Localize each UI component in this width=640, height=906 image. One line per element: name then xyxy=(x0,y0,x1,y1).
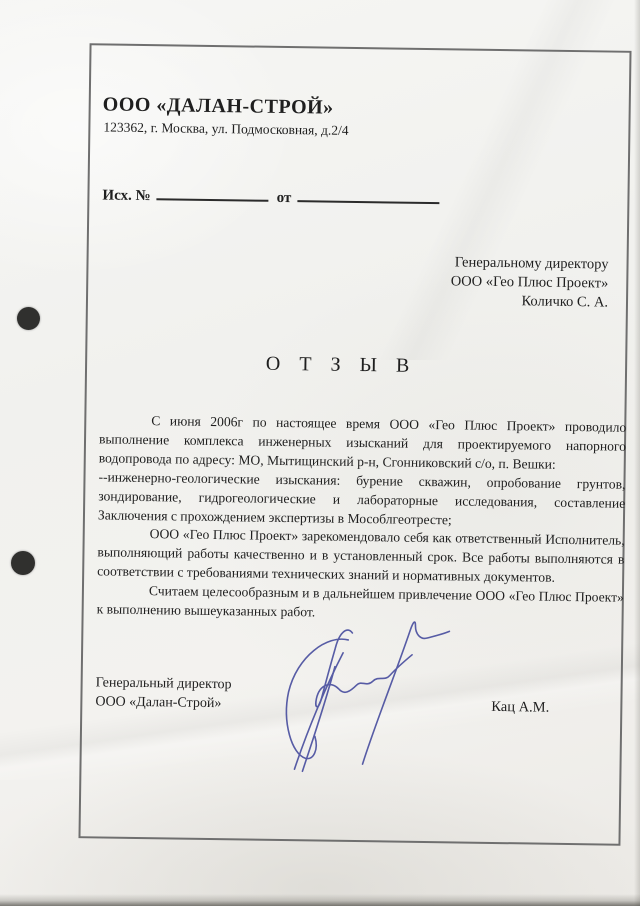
document-body: С июня 2006г по настоящее время ООО «Гео… xyxy=(97,411,627,626)
outgoing-number-blank xyxy=(157,184,269,202)
handwritten-signature-scribble xyxy=(277,608,459,782)
from-label: от xyxy=(277,190,292,206)
company-name: ООО «ДАЛАН-СТРОЙ» xyxy=(103,93,334,119)
reference-line: Исх. №от xyxy=(102,183,439,209)
signer-name: Кац А.М. xyxy=(491,699,549,717)
outgoing-number-label: Исх. № xyxy=(102,187,150,204)
recipient-block: Генеральному директору ООО «Гео Плюс Про… xyxy=(450,253,608,312)
body-paragraph-3: ООО «Гео Плюс Проект» зарекомендовало се… xyxy=(97,525,625,589)
recipient-company: ООО «Гео Плюс Проект» xyxy=(451,272,609,293)
signatory-position: Генеральный директор xyxy=(96,673,232,694)
scanned-page: { "letterhead": { "company": "ООО «ДАЛАН… xyxy=(0,0,640,906)
signatory-position-block: Генеральный директор ООО «Далан-Строй» xyxy=(95,673,231,713)
date-blank xyxy=(297,186,439,204)
hole-punch-dot-top xyxy=(17,307,40,330)
body-paragraph-1: С июня 2006г по настоящее время ООО «Гео… xyxy=(99,411,627,475)
recipient-name: Количко С. А. xyxy=(450,291,608,312)
scan-right-edge-shadow xyxy=(634,0,640,906)
document-border-frame: ООО «ДАЛАН-СТРОЙ» 123362, г. Москва, ул.… xyxy=(78,43,631,845)
company-address: 123362, г. Москва, ул. Подмосковная, д.2… xyxy=(103,119,348,138)
body-paragraph-2: --инженерно-геологические изыскания: бур… xyxy=(98,468,626,532)
scan-bottom-edge-shadow xyxy=(0,894,640,906)
recipient-position: Генеральному директору xyxy=(451,253,609,274)
hole-punch-dot-bottom xyxy=(11,551,35,575)
document-title: О Т З Ы В xyxy=(87,350,595,380)
signatory-company: ООО «Далан-Строй» xyxy=(95,692,231,713)
